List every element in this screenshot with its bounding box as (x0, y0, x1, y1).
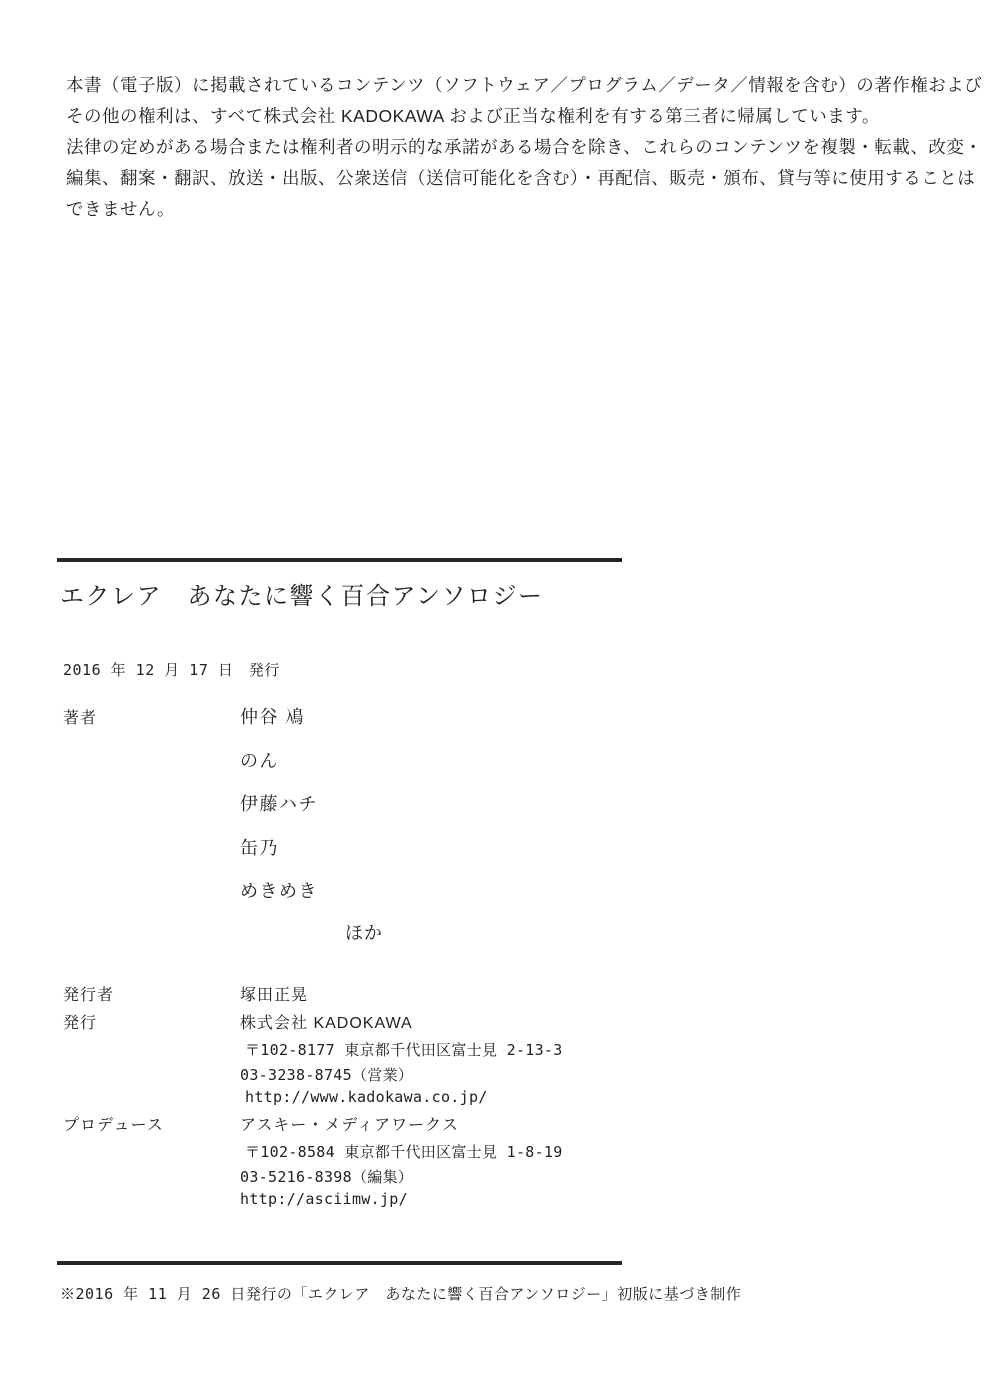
publish-date: 2016 年 12 月 17 日 発行 (63, 659, 280, 680)
author-name: 仲谷 鳰 (240, 703, 305, 729)
author-name: のん (240, 747, 279, 773)
issuer-label: 発行者 (63, 982, 114, 1005)
colophon-page: 本書（電子版）に掲載されているコンテンツ（ソフトウェア／プログラム／データ／情報… (0, 0, 984, 1400)
authors-etal-label: ほか (345, 919, 383, 945)
copyright-notice: 本書（電子版）に掲載されているコンテンツ（ソフトウェア／プログラム／データ／情報… (66, 70, 926, 225)
author-name: 缶乃 (240, 834, 279, 860)
authors-label: 著者 (63, 705, 97, 728)
author-name: 伊藤ハチ (240, 790, 318, 816)
producer-url: http://asciimw.jp/ (240, 1190, 408, 1208)
producer-address: 〒102-8584 東京都千代田区富士見 1-8-19 (245, 1141, 563, 1162)
publisher-phone: 03-3238-8745（営業） (240, 1064, 413, 1085)
title-divider (57, 558, 622, 562)
author-name: めきめき (240, 877, 318, 903)
publisher-address: 〒102-8177 東京都千代田区富士見 2-13-3 (245, 1039, 563, 1060)
issuer-name: 塚田正晃 (240, 982, 308, 1005)
production-note: ※2016 年 11 月 26 日発行の「エクレア あなたに響く百合アンソロジー… (60, 1283, 741, 1304)
publisher-label: 発行 (63, 1010, 97, 1033)
book-title: エクレア あなたに響く百合アンソロジー (60, 576, 544, 611)
publisher-name: 株式会社 KADOKAWA (240, 1010, 413, 1033)
produce-label: プロデュース (63, 1112, 164, 1135)
producer-phone: 03-5216-8398（編集） (240, 1166, 413, 1187)
bottom-divider (57, 1261, 622, 1265)
publisher-url: http://www.kadokawa.co.jp/ (245, 1088, 488, 1106)
producer-name: アスキー・メディアワークス (240, 1112, 459, 1135)
